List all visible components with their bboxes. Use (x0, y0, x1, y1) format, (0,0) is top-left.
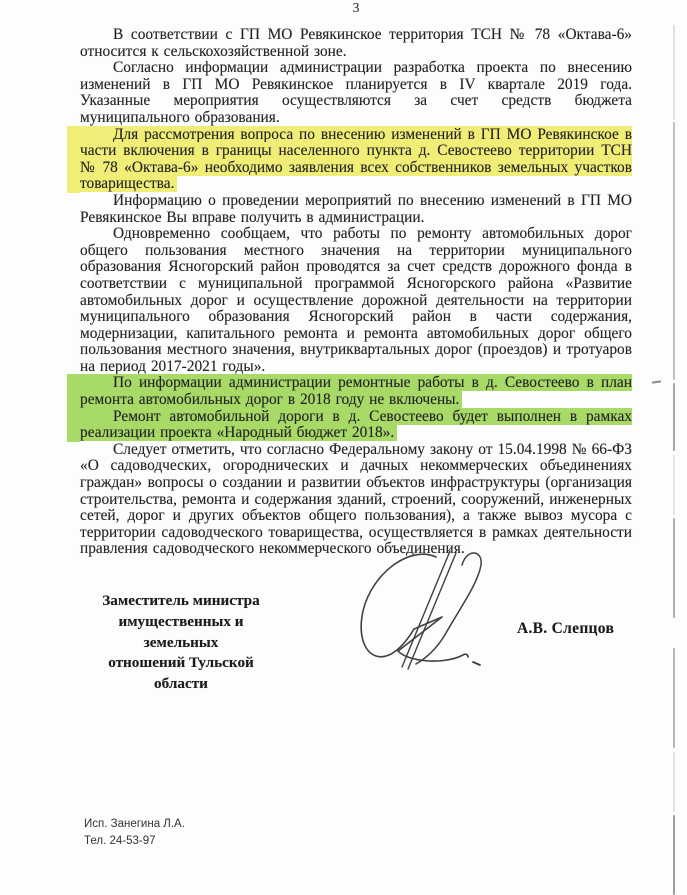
body-paragraph: Для рассмотрения вопроса по внесению изм… (80, 127, 632, 193)
scan-edge-line (673, 752, 675, 812)
highlighted-passage-green: По информации администрации ремонтные ра… (67, 374, 632, 408)
signatory-position-line: отношений Тульской области (82, 653, 280, 695)
scan-edge-line (673, 383, 675, 451)
body-paragraph: В соответствии с ГП МО Ревякинское терри… (80, 27, 632, 60)
executor-phone: Тел. 24-53-97 (84, 833, 185, 850)
signatory-position-line: Заместитель министра (82, 591, 280, 612)
scan-edge-line (673, 25, 675, 120)
scan-edge-line (673, 815, 675, 895)
body-paragraph: Ремонт автомобильной дороги в д. Севосте… (80, 409, 632, 442)
signatory-name: А.В. Слепцов (517, 620, 614, 638)
handwritten-signature-icon (350, 543, 502, 679)
pen-mark (652, 380, 661, 383)
paragraph-text: Согласно информации администрации разраб… (80, 59, 632, 126)
page-number: 3 (80, 0, 632, 16)
letter-body: В соответствии с ГП МО Ревякинское терри… (80, 27, 632, 558)
body-paragraph: Согласно информации администрации разраб… (80, 60, 632, 126)
highlighted-passage-green: Ремонт автомобильной дороги в д. Севосте… (67, 408, 632, 442)
scanned-letter-page: 3 В соответствии с ГП МО Ревякинское тер… (0, 0, 687, 895)
scan-edge-line (673, 648, 675, 748)
scan-edge-line (673, 122, 675, 380)
paragraph-text: В соответствии с ГП МО Ревякинское терри… (80, 26, 632, 60)
paragraph-text: Информацию о проведении мероприятий по в… (80, 192, 632, 226)
scan-edge-line (673, 455, 675, 515)
body-paragraph: По информации администрации ремонтные ра… (80, 375, 632, 408)
executor-name: Исп. Занегина Л.А. (84, 816, 185, 833)
body-paragraph: Информацию о проведении мероприятий по в… (80, 193, 632, 226)
body-paragraph: Следует отметить, что согласно Федеральн… (80, 442, 632, 558)
scan-edge-line (673, 518, 675, 618)
signatory-position: Заместитель министра имущественных и зем… (82, 591, 280, 695)
executor-footer: Исп. Занегина Л.А. Тел. 24-53-97 (84, 816, 185, 849)
body-paragraph: Одновременно сообщаем, что работы по рем… (80, 226, 632, 375)
signatory-position-line: имущественных и земельных (82, 612, 280, 654)
highlighted-passage-yellow: Для рассмотрения вопроса по внесению изм… (67, 126, 632, 193)
paragraph-text: Следует отметить, что согласно Федеральн… (80, 441, 632, 558)
paragraph-text: Одновременно сообщаем, что работы по рем… (80, 225, 632, 375)
